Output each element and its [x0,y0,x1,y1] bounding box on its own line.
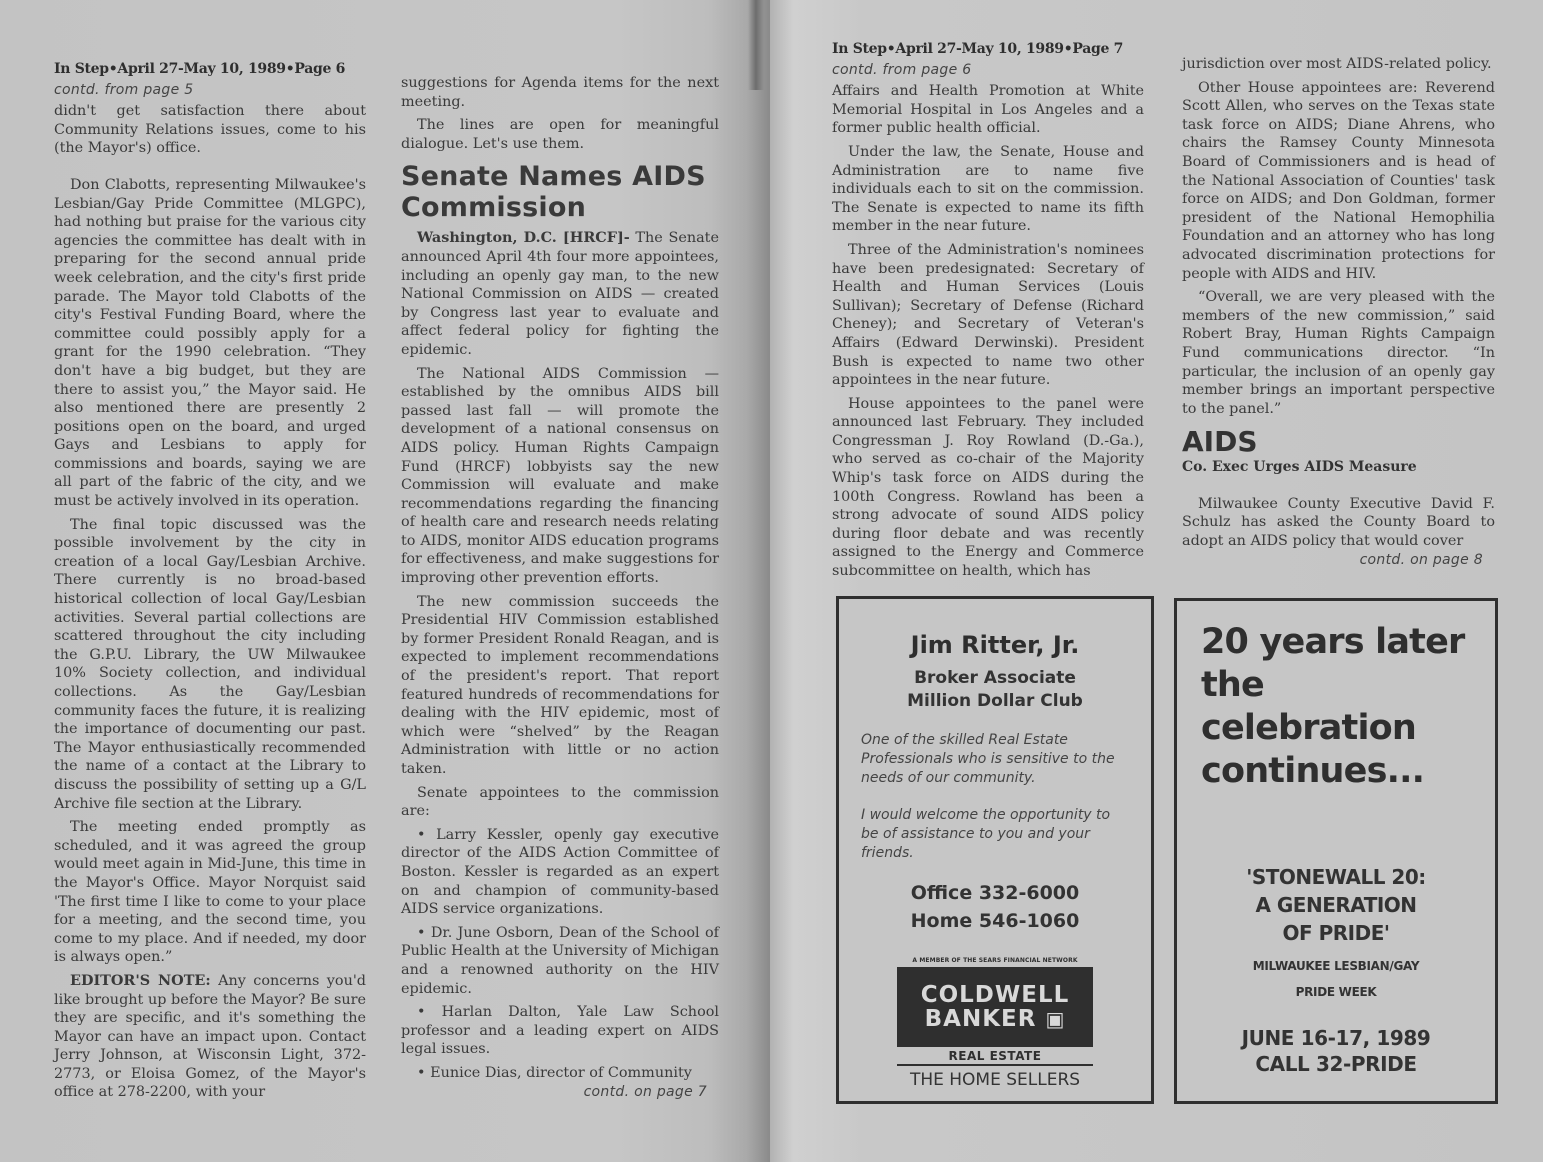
contd-from-label: contd. from page 6 [832,61,1144,80]
article-lead: Washington, D.C. [HRCF]- The Senate anno… [401,229,719,359]
theme-line: 'STONEWALL 20: [1177,863,1495,891]
ad-title-line: Million Dollar Club [839,690,1151,713]
appointee-item: Harlan Dalton, Yale Law School professor… [401,1003,719,1059]
contd-on-label: contd. on page 8 [1182,551,1495,570]
cb-mark-icon: ▣ [1045,1007,1065,1031]
office-phone: Office 332-6000 [839,879,1151,907]
appointee-item: Larry Kessler, openly gay executive dire… [401,826,719,919]
ad-agent-title: Broker Associate Million Dollar Club [839,667,1151,713]
article-paragraph: Don Clabotts, representing Milwaukee's L… [54,176,366,511]
article-paragraph: The meeting ended promptly as scheduled,… [54,818,366,967]
event-date: JUNE 16-17, 1989 [1177,1025,1495,1051]
headline-line: the [1201,664,1495,707]
logo-word: BANKER [925,1006,1037,1032]
subhead-co-exec: Co. Exec Urges AIDS Measure [1182,458,1495,477]
logo-line: BANKER ▣ [925,1007,1066,1031]
page6-column2: suggestions for Agenda items for the nex… [401,74,719,1104]
appointee-item: Eunice Dias, director of Community [401,1064,719,1083]
article-paragraph: “Overall, we are very pleased with the m… [1182,288,1495,418]
theme-line: A GENERATION [1177,891,1495,919]
dateline: Washington, D.C. [HRCF]- [417,229,630,246]
sears-network-note: A MEMBER OF THE SEARS FINANCIAL NETWORK [839,957,1151,964]
ad-pride-week: 20 years later the celebration continues… [1174,598,1498,1104]
ad-pride-date: JUNE 16-17, 1989 CALL 32-PRIDE [1177,1025,1495,1077]
article-paragraph: The National AIDS Commission — establish… [401,365,719,588]
article-paragraph: jurisdiction over most AIDS-related poli… [1182,55,1495,74]
real-estate-label: REAL ESTATE [839,1049,1151,1063]
article-paragraph: The new commission succeeds the Presiden… [401,593,719,779]
headline-line: 20 years later [1201,621,1495,664]
editors-note-text: Any concerns you'd like brought up befor… [54,973,366,1101]
headline-line: celebration [1201,707,1495,750]
org-line: MILWAUKEE LESBIAN/GAY [1177,953,1495,979]
newspaper-spread: In Step•April 27-May 10, 1989•Page 6 con… [0,0,1543,1162]
page6-column1: In Step•April 27-May 10, 1989•Page 6 con… [54,60,366,1107]
ad-jim-ritter: Jim Ritter, Jr. Broker Associate Million… [836,596,1154,1104]
article-paragraph: Under the law, the Senate, House and Adm… [832,143,1144,236]
page7-column2: jurisdiction over most AIDS-related poli… [1182,55,1495,572]
article-paragraph: Senate appointees to the commission are: [401,784,719,821]
article-paragraph: House appointees to the panel were annou… [832,395,1144,581]
logo-line: COLDWELL [921,983,1070,1007]
headline-senate-names-aids-commission: Senate Names AIDS Commission [401,161,719,223]
ad-pride-theme: 'STONEWALL 20: A GENERATION OF PRIDE' [1177,863,1495,947]
lead-text: The Senate announced April 4th four more… [401,230,719,358]
theme-line: OF PRIDE' [1177,919,1495,947]
ad-agent-name: Jim Ritter, Jr. [839,631,1151,659]
section-kicker-aids: AIDS [1182,428,1495,456]
editors-note-label: EDITOR'S NOTE: [70,972,211,989]
article-paragraph: didn't get satisfaction there about Comm… [54,102,366,158]
ad-tagline: One of the skilled Real Estate Professio… [839,731,1151,788]
appointee-item: Dr. June Osborn, Dean of the School of P… [401,924,719,998]
divider [897,1064,1093,1066]
page-folio: In Step•April 27-May 10, 1989•Page 6 [54,60,366,79]
article-paragraph: The final topic discussed was the possib… [54,516,366,814]
coldwell-banker-logo: COLDWELL BANKER ▣ [897,967,1093,1047]
page-6: In Step•April 27-May 10, 1989•Page 6 con… [0,0,770,1162]
ad-pride-org: MILWAUKEE LESBIAN/GAY PRIDE WEEK [1177,953,1495,1005]
ad-tagline: I would welcome the opportunity to be of… [839,806,1151,863]
contd-from-label: contd. from page 5 [54,81,366,100]
headline-line: continues... [1201,750,1495,793]
org-line: PRIDE WEEK [1177,979,1495,1005]
event-phone: CALL 32-PRIDE [1177,1051,1495,1077]
ad-title-line: Broker Associate [839,667,1151,690]
article-paragraph: The lines are open for meaningful dialog… [401,116,719,153]
article-paragraph: Affairs and Health Promotion at White Me… [832,82,1144,138]
article-paragraph: Milwaukee County Executive David F. Schu… [1182,495,1495,551]
page-folio: In Step•April 27-May 10, 1989•Page 7 [832,40,1144,59]
ad-pride-headline: 20 years later the celebration continues… [1177,601,1495,793]
editors-note: EDITOR'S NOTE: Any concerns you'd like b… [54,972,366,1102]
article-paragraph: suggestions for Agenda items for the nex… [401,74,719,111]
contd-on-label: contd. on page 7 [401,1083,719,1102]
article-paragraph: Three of the Administration's nominees h… [832,241,1144,390]
ad-slogan: THE HOME SELLERS [839,1070,1151,1090]
ad-phones: Office 332-6000 Home 546-1060 [839,879,1151,935]
gutter-fold [748,0,764,90]
home-phone: Home 546-1060 [839,907,1151,935]
page7-column1: In Step•April 27-May 10, 1989•Page 7 con… [832,40,1144,586]
article-paragraph: Other House appointees are: Reverend Sco… [1182,79,1495,284]
